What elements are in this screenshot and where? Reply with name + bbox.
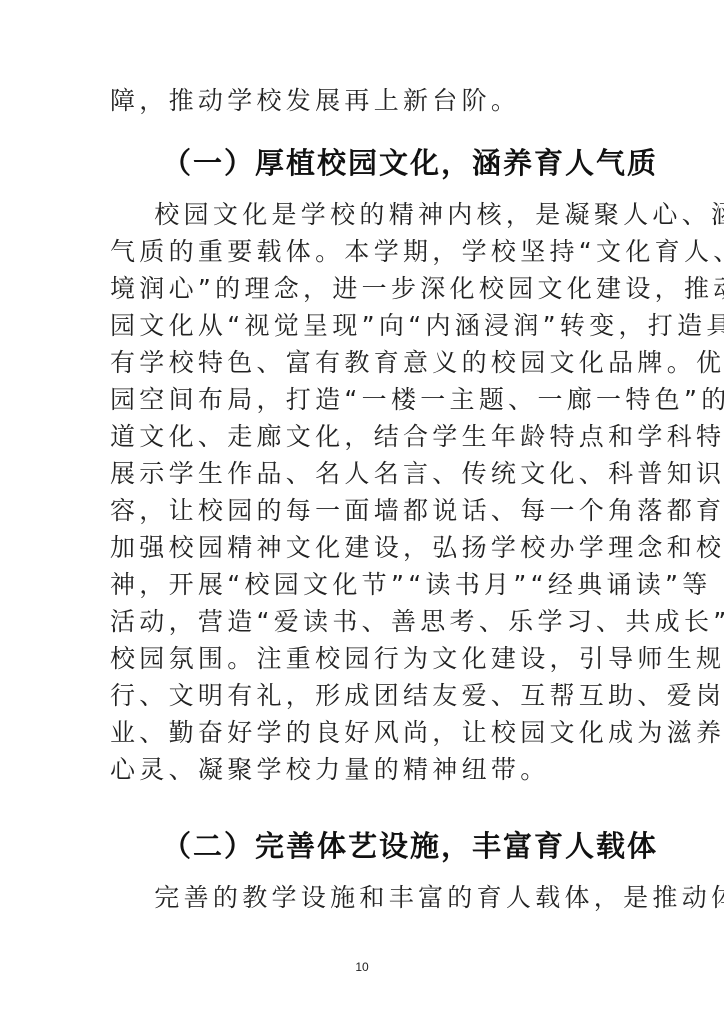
paragraph-line: 校园氛围。注重校园行为文化建设，引导师生规范言: [110, 640, 614, 677]
paragraph-line: 有学校特色、富有教育意义的校园文化品牌。优化校: [110, 344, 614, 381]
paragraph-line: 园空间布局，打造“一楼一主题、一廊一特色”的楼: [110, 381, 614, 418]
paragraph-line: 心灵、凝聚学校力量的精神纽带。: [110, 751, 614, 788]
paragraph-line: 神，开展“校园文化节”“读书月”“经典诵读”等: [110, 566, 614, 603]
paragraph-line: 行、文明有礼，形成团结友爱、互帮互助、爱岗敬: [110, 677, 614, 714]
paragraph-line: 障，推动学校发展再上新台阶。: [110, 82, 614, 119]
paragraph-line: 境润心”的理念，进一步深化校园文化建设，推动校: [110, 270, 614, 307]
paragraph-line: 校园文化是学校的精神内核，是凝聚人心、涵养: [125, 196, 629, 233]
page-number: 10: [0, 960, 724, 974]
paragraph-line: 容，让校园的每一面墙都说话、每一个角落都育人。: [110, 492, 614, 529]
paragraph-line: 业、勤奋好学的良好风尚，让校园文化成为滋养师生: [110, 714, 614, 751]
document-page: 障，推动学校发展再上新台阶。 （一）厚植校园文化，涵养育人气质 校园文化是学校的…: [0, 0, 724, 1024]
paragraph-line: 气质的重要载体。本学期，学校坚持“文化育人、环: [110, 233, 614, 270]
paragraph-line: 完善的教学设施和丰富的育人载体，是推动体艺: [125, 879, 629, 916]
paragraph-line: 展示学生作品、名人名言、传统文化、科普知识等内: [110, 455, 614, 492]
paragraph-line: 活动，营造“爱读书、善思考、乐学习、共成长”的: [110, 603, 614, 640]
section-heading-1: （一）厚植校园文化，涵养育人气质: [162, 143, 658, 183]
paragraph-line: 道文化、走廊文化，结合学生年龄特点和学科特色，: [110, 418, 614, 455]
section-heading-2: （二）完善体艺设施，丰富育人载体: [162, 826, 658, 866]
paragraph-line: 加强校园精神文化建设，弘扬学校办学理念和校训精: [110, 529, 614, 566]
paragraph-line: 园文化从“视觉呈现”向“内涵浸润”转变，打造具: [110, 307, 614, 344]
